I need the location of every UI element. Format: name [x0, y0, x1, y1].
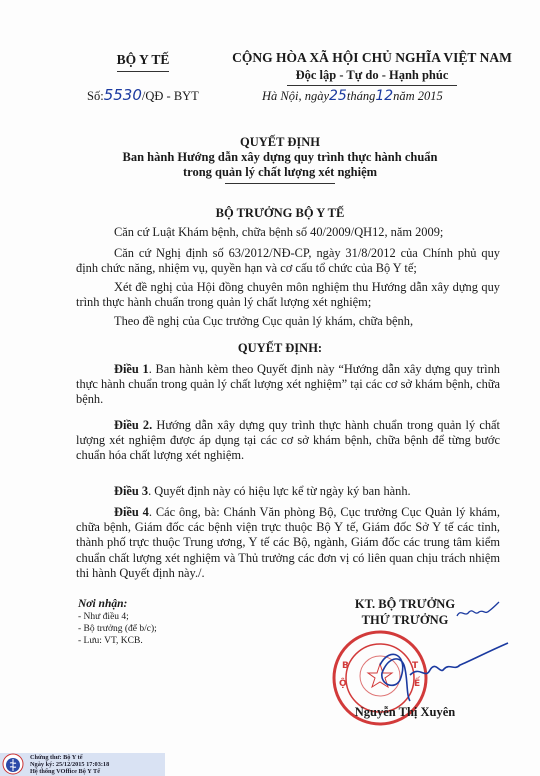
svg-text:B: B: [342, 661, 349, 671]
handwritten-number: 5530: [104, 86, 142, 104]
article-text: Quyết định này có hiệu lực kể từ ngày ký…: [154, 484, 410, 498]
country-name: CỘNG HÒA XÃ HỘI CHỦ NGHĨA VIỆT NAM: [222, 50, 522, 66]
title-separator: [225, 183, 335, 184]
handwritten-signature-icon: [370, 635, 510, 705]
document-number: Số:5530/QĐ - BYT: [87, 86, 199, 104]
handwritten-month: 12: [375, 88, 393, 104]
article-4: Điều 4. Các ông, bà: Chánh Văn phòng Bộ,…: [76, 505, 500, 581]
certificate-date: Ngày ký: 25/12/2015 17:03:18: [30, 761, 109, 768]
article-label: Điều 3: [114, 484, 148, 498]
national-header: CỘNG HÒA XÃ HỘI CHỦ NGHĨA VIỆT NAM Độc l…: [222, 50, 522, 86]
preamble-4: Theo đề nghị của Cục trưởng Cục quản lý …: [76, 314, 500, 329]
signature-block: KT. BỘ TRƯỞNG THỨ TRƯỞNG: [340, 596, 470, 628]
article-2: Điều 2. Hướng dẫn xây dựng quy trình thự…: [76, 418, 500, 464]
recipient-item: - Bộ trưởng (để b/c);: [78, 623, 157, 635]
certificate-system: Hệ thống VOffice Bộ Y Tế: [30, 768, 109, 775]
article-3: Điều 3. Quyết định này có hiệu lực kể từ…: [76, 484, 500, 499]
recipients-block: Nơi nhận: - Như điều 4; - Bộ trưởng (để …: [78, 598, 157, 647]
signer-name: Nguyễn Thị Xuyên: [340, 705, 470, 720]
article-label: Điều 4: [114, 505, 149, 519]
article-label: Điều 2.: [114, 418, 152, 432]
handwritten-day: 25: [329, 88, 347, 104]
document-title: QUYẾT ĐỊNH Ban hành Hướng dẫn xây dựng q…: [60, 135, 500, 184]
title-heading: QUYẾT ĐỊNH: [60, 135, 500, 150]
certificate-issuer: Chứng thư: Bộ Y tế: [30, 754, 109, 761]
title-subtitle-2: trong quản lý chất lượng xét nghiệm: [60, 165, 500, 180]
signature-title-1: KT. BỘ TRƯỞNG: [340, 596, 470, 612]
recipients-title: Nơi nhận:: [78, 598, 157, 610]
agency-name: BỘ Y TẾ: [88, 52, 198, 68]
authority-heading: BỘ TRƯỞNG BỘ Y TẾ: [60, 206, 500, 221]
motto: Độc lập - Tự do - Hạnh phúc: [222, 68, 522, 83]
initial-signature-icon: [455, 600, 500, 622]
digital-signature-certificate: Chứng thư: Bộ Y tế Ngày ký: 25/12/2015 1…: [0, 753, 165, 776]
ministry-health-logo-icon: [2, 753, 24, 775]
article-1: Điều 1. Ban hành kèm theo Quyết định này…: [76, 362, 500, 408]
signature-title-2: THỨ TRƯỞNG: [340, 612, 470, 628]
agency-header: BỘ Y TẾ: [88, 52, 198, 72]
agency-underline: [117, 71, 169, 72]
preamble-1: Căn cứ Luật Khám bệnh, chữa bệnh số 40/2…: [76, 225, 500, 240]
recipient-item: - Lưu: VT, KCB.: [78, 635, 157, 647]
title-subtitle-1: Ban hành Hướng dẫn xây dựng quy trình th…: [60, 150, 500, 165]
motto-underline: [287, 85, 457, 86]
document-date: Hà Nội, ngày25tháng12năm 2015: [262, 88, 443, 104]
decision-heading: QUYẾT ĐỊNH:: [60, 341, 500, 356]
article-label: Điều 1: [114, 362, 149, 376]
preamble-3: Xét đề nghị của Hội đồng chuyên môn nghi…: [76, 280, 500, 310]
svg-text:Ộ: Ộ: [339, 678, 347, 689]
preamble-2: Căn cứ Nghị định số 63/2012/NĐ-CP, ngày …: [76, 246, 500, 276]
recipient-item: - Như điều 4;: [78, 611, 157, 623]
